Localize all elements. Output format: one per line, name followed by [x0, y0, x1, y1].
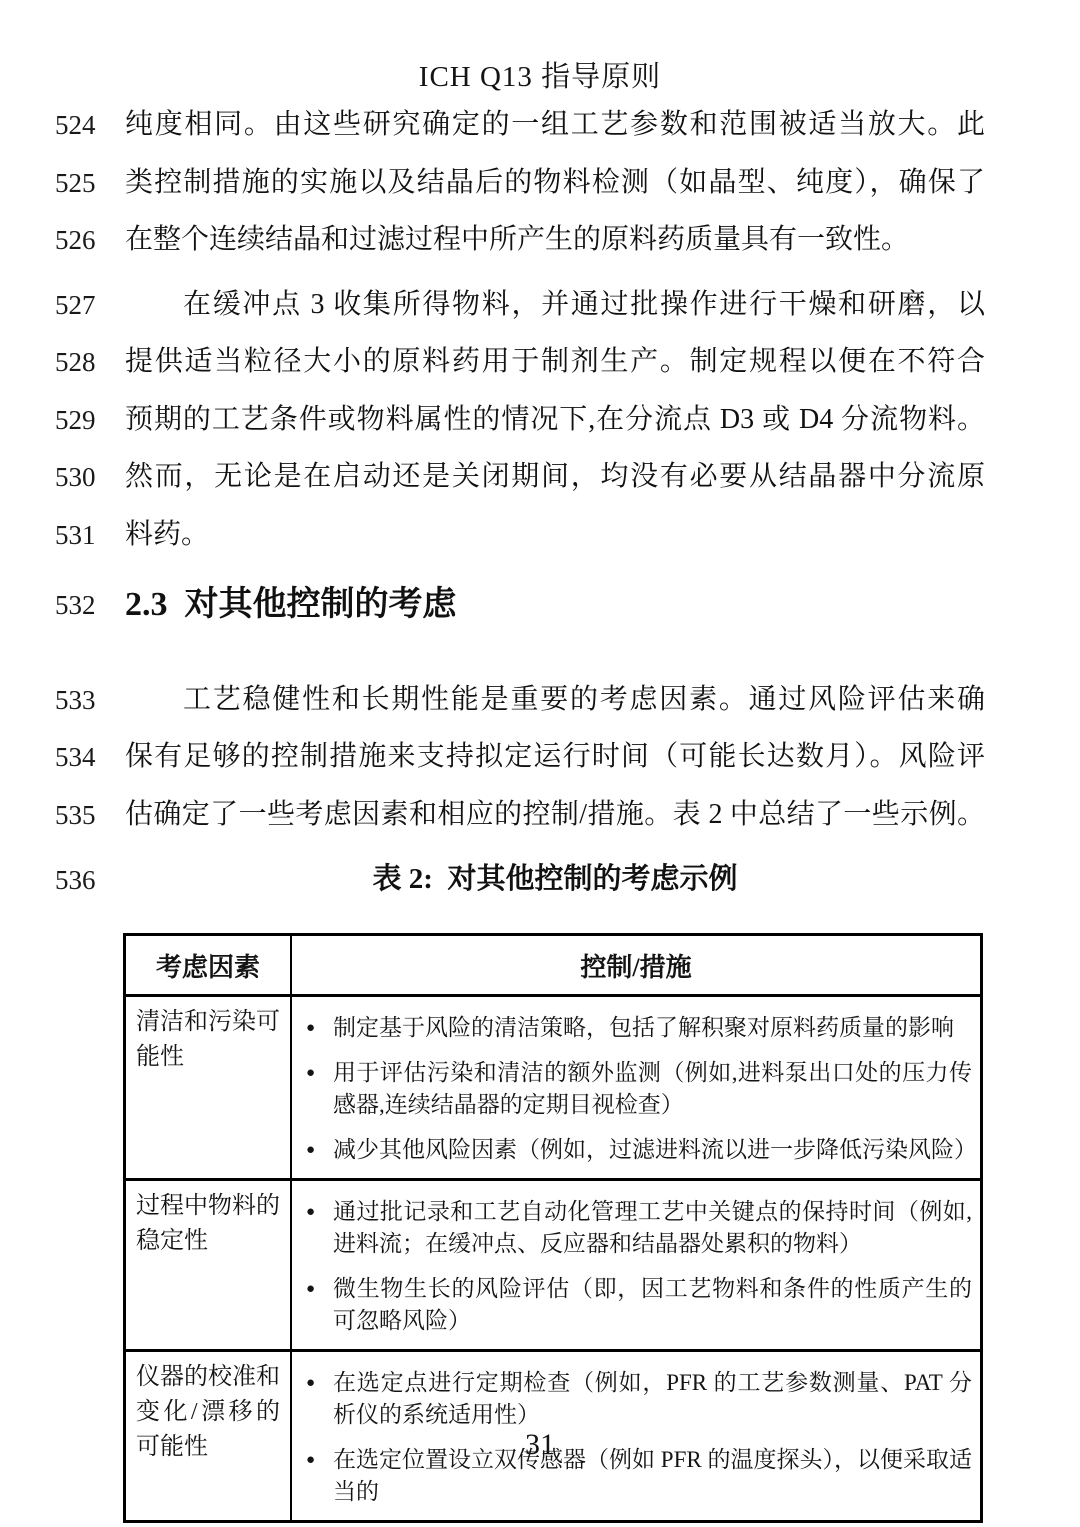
bullet-icon: ●	[306, 1273, 333, 1337]
list-item: ● 通过批记录和工艺自动化管理工艺中关键点的保持时间（例如, 进料流；在缓冲点、…	[306, 1196, 972, 1260]
line-number: 534	[55, 742, 125, 773]
list-item: ● 减少其他风险因素（例如，过滤进料流以进一步降低污染风险）	[306, 1134, 972, 1166]
doc-line: 529 预期的工艺条件或物料属性的情况下,在分流点 D3 或 D4 分流物料。	[55, 391, 985, 449]
line-number: 536	[55, 865, 125, 896]
line-number: 530	[55, 462, 125, 493]
doc-line: 525 类控制措施的实施以及结晶后的物料检测（如晶型、纯度），确保了	[55, 154, 985, 212]
line-text: 在缓冲点 3 收集所得物料，并通过批操作进行干燥和研磨，以	[125, 286, 985, 324]
list-item: ● 微生物生长的风险评估（即，因工艺物料和条件的性质产生的可忽略风险）	[306, 1273, 972, 1337]
line-text: 预期的工艺条件或物料属性的情况下,在分流点 D3 或 D4 分流物料。	[125, 401, 985, 439]
line-number: 528	[55, 347, 125, 378]
list-item: ● 制定基于风险的清洁策略，包括了解积聚对原料药质量的影响	[306, 1012, 972, 1044]
line-text: 工艺稳健性和长期性能是重要的考虑因素。通过风险评估来确	[125, 681, 985, 719]
line-text: 在整个连续结晶和过滤过程中所产生的原料药质量具有一致性。	[125, 221, 985, 259]
line-text: 料药。	[125, 516, 985, 554]
table-caption-line: 536 表 2: 对其他控制的考虑示例	[55, 851, 985, 909]
list-item: ● 在选定点进行定期检查（例如，PFR 的工艺参数测量、PAT 分析仪的系统适用…	[306, 1367, 972, 1431]
measures-cell: ● 通过批记录和工艺自动化管理工艺中关键点的保持时间（例如, 进料流；在缓冲点、…	[292, 1181, 980, 1349]
doc-line: 534 保有足够的控制措施来支持拟定运行时间（可能长达数月）。风险评	[55, 728, 985, 786]
line-number: 529	[55, 405, 125, 436]
measure-text: 通过批记录和工艺自动化管理工艺中关键点的保持时间（例如, 进料流；在缓冲点、反应…	[333, 1196, 972, 1260]
document-header-title: ICH Q13 指导原则	[0, 54, 1080, 95]
line-text: 保有足够的控制措施来支持拟定运行时间（可能长达数月）。风险评	[125, 738, 985, 776]
section-heading-line: 532 2.3 对其他控制的考虑	[55, 570, 985, 640]
bullet-icon: ●	[306, 1012, 333, 1044]
table-caption: 表 2: 对其他控制的考虑示例	[125, 860, 985, 899]
doc-line: 528 提供适当粒径大小的原料药用于制剂生产。制定规程以便在不符合	[55, 333, 985, 391]
list-item: ● 用于评估污染和清洁的额外监测（例如,进料泵出口处的压力传感器,连续结晶器的定…	[306, 1057, 972, 1121]
line-number: 526	[55, 225, 125, 256]
bullet-icon: ●	[306, 1057, 333, 1121]
line-number: 532	[55, 590, 125, 621]
measure-text: 减少其他风险因素（例如，过滤进料流以进一步降低污染风险）	[333, 1134, 972, 1166]
doc-line: 535 估确定了一些考虑因素和相应的控制/措施。表 2 中总结了一些示例。	[55, 786, 985, 844]
doc-line: 526 在整个连续结晶和过滤过程中所产生的原料药质量具有一致性。	[55, 211, 985, 269]
line-number: 527	[55, 290, 125, 321]
measure-text: 在选定点进行定期检查（例如，PFR 的工艺参数测量、PAT 分析仪的系统适用性）	[333, 1367, 972, 1431]
table-header-row: 考虑因素 控制/措施	[126, 936, 980, 994]
doc-line: 524 纯度相同。由这些研究确定的一组工艺参数和范围被适当放大。此	[55, 96, 985, 154]
table-row: 过程中物料的稳定性 ● 通过批记录和工艺自动化管理工艺中关键点的保持时间（例如,…	[126, 1178, 980, 1349]
bullet-icon: ●	[306, 1367, 333, 1431]
doc-line: 531 料药。	[55, 506, 985, 564]
line-text: 提供适当粒径大小的原料药用于制剂生产。制定规程以便在不符合	[125, 343, 985, 381]
page-number: 31	[0, 1428, 1080, 1462]
measures-cell: ● 制定基于风险的清洁策略，包括了解积聚对原料药质量的影响 ● 用于评估污染和清…	[292, 997, 980, 1178]
line-number: 525	[55, 168, 125, 199]
doc-line: 530 然而，无论是在启动还是关闭期间，均没有必要从结晶器中分流原	[55, 448, 985, 506]
factor-cell: 清洁和污染可能性	[126, 997, 292, 1178]
measure-text: 用于评估污染和清洁的额外监测（例如,进料泵出口处的压力传感器,连续结晶器的定期目…	[333, 1057, 972, 1121]
line-number: 531	[55, 520, 125, 551]
section-heading: 2.3 对其他控制的考虑	[125, 582, 985, 628]
line-number: 524	[55, 110, 125, 141]
doc-line: 533 工艺稳健性和长期性能是重要的考虑因素。通过风险评估来确	[55, 671, 985, 729]
factor-cell: 过程中物料的稳定性	[126, 1181, 292, 1349]
line-number: 533	[55, 685, 125, 716]
line-text: 类控制措施的实施以及结晶后的物料检测（如晶型、纯度），确保了	[125, 164, 985, 202]
bullet-icon: ●	[306, 1196, 333, 1260]
document-page: ICH Q13 指导原则 524 纯度相同。由这些研究确定的一组工艺参数和范围被…	[0, 0, 1080, 1527]
line-number: 535	[55, 800, 125, 831]
measure-text: 微生物生长的风险评估（即，因工艺物料和条件的性质产生的可忽略风险）	[333, 1273, 972, 1337]
bullet-icon: ●	[306, 1134, 333, 1166]
doc-line: 527 在缓冲点 3 收集所得物料，并通过批操作进行干燥和研磨，以	[55, 276, 985, 334]
line-text: 纯度相同。由这些研究确定的一组工艺参数和范围被适当放大。此	[125, 106, 985, 144]
line-text: 然而，无论是在启动还是关闭期间，均没有必要从结晶器中分流原	[125, 458, 985, 496]
line-text: 估确定了一些考虑因素和相应的控制/措施。表 2 中总结了一些示例。	[125, 796, 985, 834]
column-header-factor: 考虑因素	[126, 936, 292, 994]
measure-text: 制定基于风险的清洁策略，包括了解积聚对原料药质量的影响	[333, 1012, 972, 1044]
column-header-measures: 控制/措施	[292, 936, 980, 994]
table-row: 清洁和污染可能性 ● 制定基于风险的清洁策略，包括了解积聚对原料药质量的影响 ●…	[126, 994, 980, 1178]
